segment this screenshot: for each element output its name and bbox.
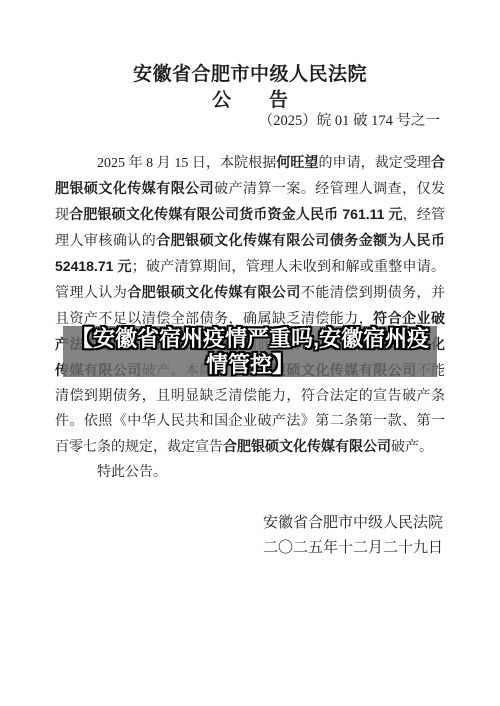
announcement-heading: 公 告	[0, 85, 500, 112]
announcement-page: 安徽省合肥市中级人民法院 公 告 （2025）皖 01 破 174 号之一 20…	[0, 0, 500, 706]
spam-overlay-text-line1: 【安徽省宿州疫情严重吗,安徽宿州疫	[71, 326, 429, 352]
text-run: 合肥银硕文化传媒有限公司	[127, 284, 301, 300]
signature-block: 安徽省合肥市中级人民法院 二〇二五年十二月二十九日	[263, 511, 443, 561]
case-number: （2025）皖 01 破 174 号之一	[259, 109, 440, 130]
announcement-body: 2025 年 8 月 15 日，本院根据何旺望的申请，裁定受理合肥银硕文化传媒有…	[55, 150, 445, 485]
text-run: 的申请，裁定受理	[319, 156, 432, 171]
court-signature: 安徽省合肥市中级人民法院	[263, 511, 443, 536]
closing-line: 特此公告。	[55, 460, 445, 485]
body-paragraph: 2025 年 8 月 15 日，本院根据何旺望的申请，裁定受理合肥银硕文化传媒有…	[55, 150, 445, 460]
text-run: 合肥银硕文化传媒有限公司	[223, 438, 391, 454]
text-run: 何旺望	[276, 154, 318, 170]
spam-overlay-text-line2: 情管控】	[206, 352, 294, 378]
text-run: 合肥银硕文化传媒有限公司货币资金人民币 761.11 元	[69, 206, 403, 222]
signature-date: 二〇二五年十二月二十九日	[263, 536, 443, 561]
court-title: 安徽省合肥市中级人民法院	[0, 59, 500, 86]
text-run: 2025 年 8 月 15 日，本院根据	[97, 156, 276, 171]
text-run: 破产。	[391, 440, 433, 455]
spam-link-overlay[interactable]: 【安徽省宿州疫情严重吗,安徽宿州疫 情管控】	[63, 326, 437, 377]
